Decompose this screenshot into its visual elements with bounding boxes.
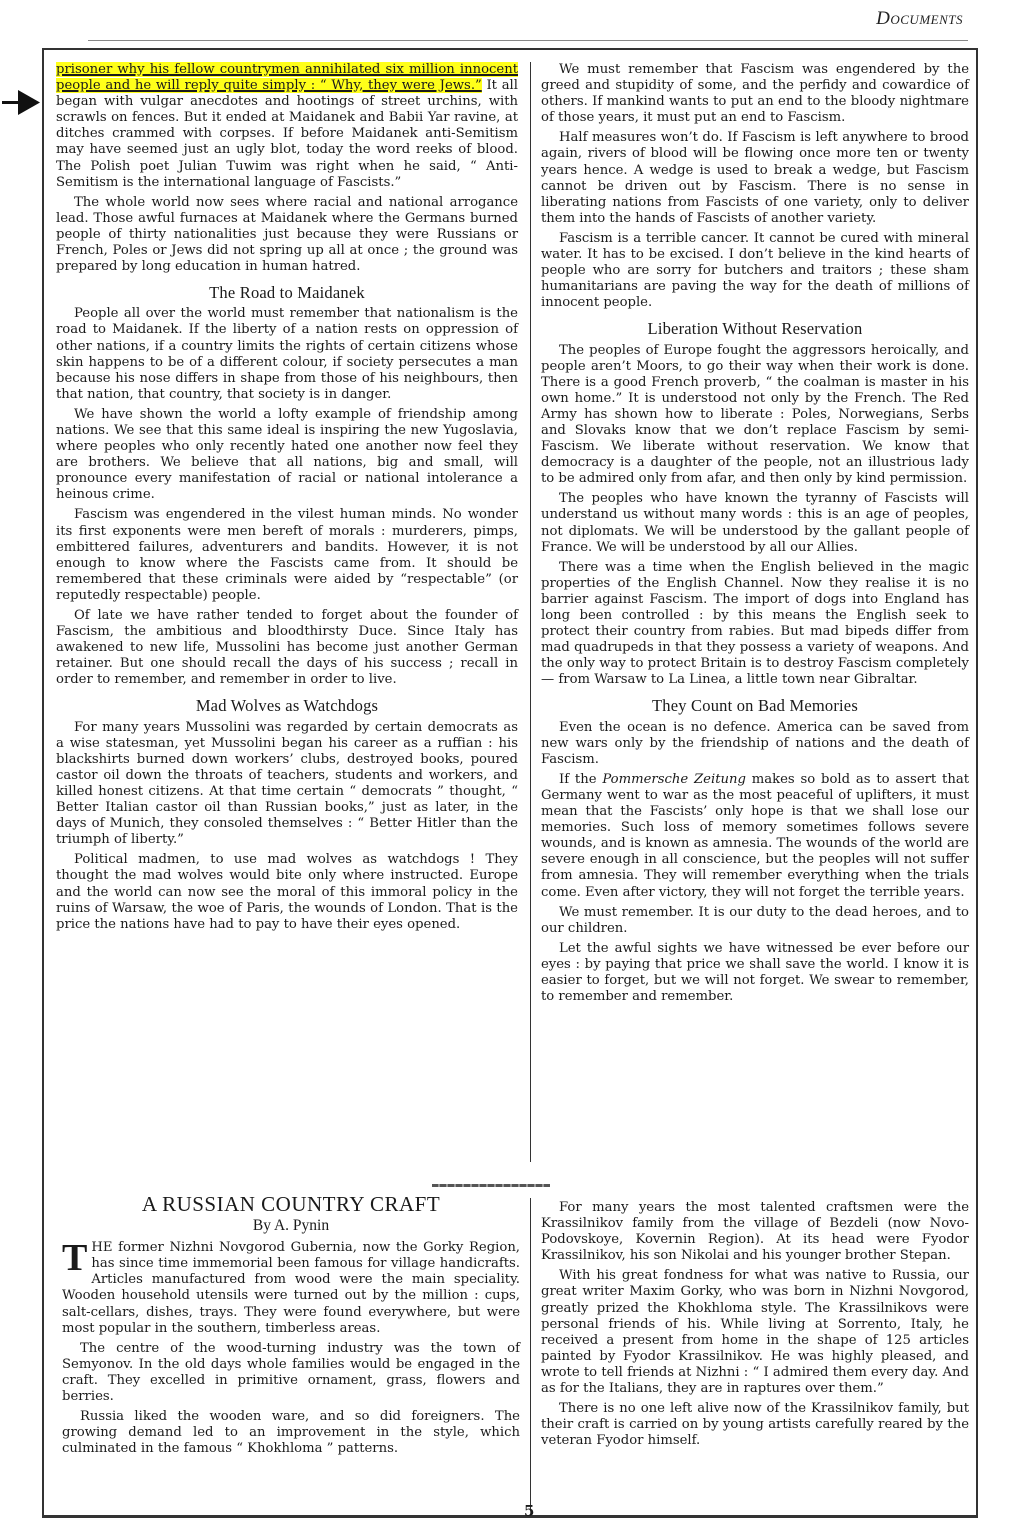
pointer-arrow-icon [2,88,42,118]
column-bottom-right: For many years the most talented craftsm… [541,1200,969,1453]
column-divider [530,1198,531,1510]
paragraph: Let the awful sights we have witnessed b… [541,941,969,1005]
paragraph: We have shown the world a lofty example … [56,407,518,504]
drop-cap: T [62,1243,87,1273]
paragraph: We must remember. It is our duty to the … [541,905,969,937]
paragraph: THE former Nizhni Novgorod Gubernia, now… [62,1240,520,1337]
article-russian-country-craft: A RUSSIAN COUNTRY CRAFT By A. Pynin THE … [62,1196,520,1461]
paragraph: There is no one left alive now of the Kr… [541,1401,969,1449]
paragraph: Russia liked the wooden ware, and so did… [62,1409,520,1457]
section-heading: They Count on Bad Memories [541,698,969,714]
paragraph: Fascism was engendered in the vilest hum… [56,507,518,604]
page-number: 5 [524,1502,534,1520]
article-title: A RUSSIAN COUNTRY CRAFT [62,1196,520,1212]
header-rule [88,40,968,41]
newspaper-name: Pommersche Zeitung [602,772,746,787]
running-head: Documents [876,8,963,30]
article-byline: By A. Pynin [62,1218,520,1234]
paragraph: The peoples who have known the tyranny o… [541,491,969,555]
paragraph: For many years the most talented craftsm… [541,1200,969,1264]
paragraph: The peoples of Europe fought the aggress… [541,343,969,488]
paragraph: Political madmen, to use mad wolves as w… [56,852,518,932]
paragraph: Of late we have rather tended to forget … [56,608,518,688]
paragraph: If the Pommersche Zeitung makes so bold … [541,772,969,901]
paragraph: Even the ocean is no defence. America ca… [541,720,969,768]
column-divider [530,62,531,1162]
highlighted-passage: prisoner why his fellow countrymen annih… [56,62,518,93]
column-top-right: We must remember that Fascism was engend… [541,62,969,1009]
paragraph: The centre of the wood-turning industry … [62,1341,520,1405]
paragraph: People all over the world must remember … [56,306,518,403]
section-heading: The Road to Maidanek [56,285,518,301]
column-top-left: prisoner why his fellow countrymen annih… [56,62,518,937]
paragraph: For many years Mussolini was regarded by… [56,720,518,849]
paragraph: prisoner why his fellow countrymen annih… [56,62,518,191]
paragraph: Half measures won’t do. If Fascism is le… [541,130,969,227]
paragraph: With his great fondness for what was nat… [541,1268,969,1397]
section-heading: Liberation Without Reservation [541,321,969,337]
paragraph: There was a time when the English believ… [541,560,969,689]
paragraph: The whole world now sees where racial an… [56,195,518,275]
paragraph: Fascism is a terrible cancer. It cannot … [541,231,969,311]
paragraph: We must remember that Fascism was engend… [541,62,969,126]
section-divider [432,1184,550,1187]
section-heading: Mad Wolves as Watchdogs [56,698,518,714]
